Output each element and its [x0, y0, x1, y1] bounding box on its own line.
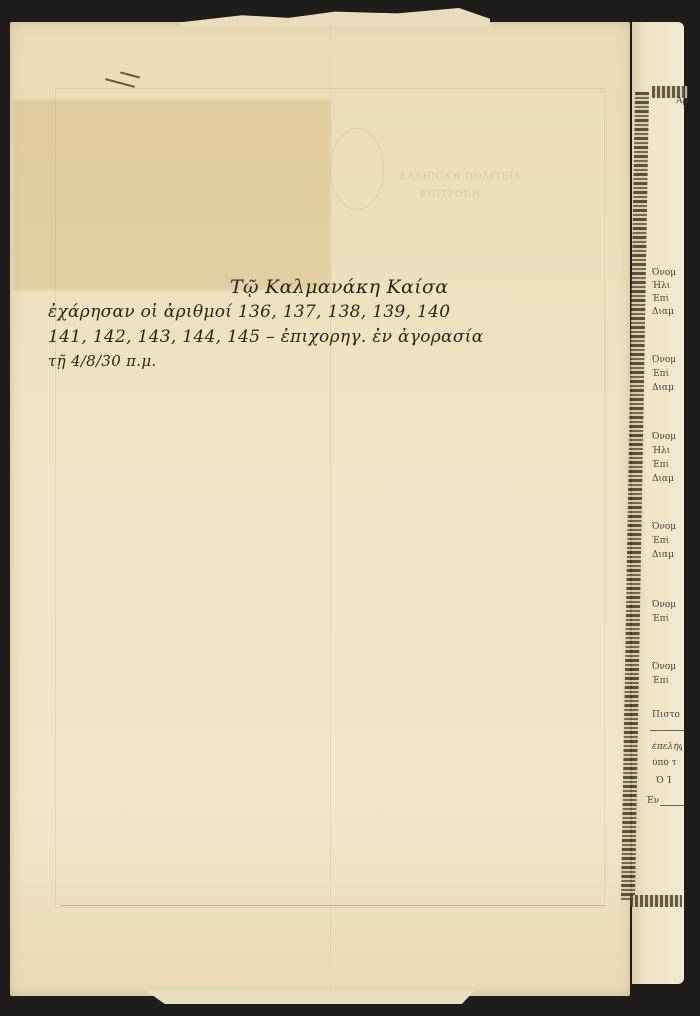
form-label: Ἠλι	[652, 446, 682, 456]
form-label: Ὀνομ	[652, 268, 682, 278]
ornamental-border-bottom	[630, 895, 682, 907]
form-label: Ὀνομ	[652, 355, 682, 365]
form-label: Ὀνομ	[652, 522, 682, 532]
form-label: Πιστο	[652, 710, 682, 720]
note-line-4: τῇ 4/8/30 π.μ.	[48, 352, 156, 370]
form-label: Ὀνομ	[652, 432, 682, 442]
faded-print-frame	[55, 88, 605, 908]
faded-rule	[60, 905, 605, 906]
form-label: Ὀνομ	[652, 600, 682, 610]
note-line-3: 141, 142, 143, 144, 145 – ἐπιχορηγ. ἐν ἀ…	[48, 327, 483, 347]
form-label: Ἐπί	[652, 460, 682, 470]
note-line-1: Τῷ Καλμανάκη Καίσα	[230, 276, 448, 298]
form-label: ὑπὸ τ	[652, 758, 682, 768]
form-label: Ἐπί	[652, 676, 682, 686]
form-label: Ὁ Ἰ	[656, 776, 686, 786]
form-label: Διαμ	[652, 550, 682, 560]
form-label: Ἠλι	[652, 281, 682, 291]
form-label: Ἐπί	[652, 536, 682, 546]
form-rule	[650, 730, 684, 731]
faded-header-line-2: ΕΠΙΤΡΟΠΗ	[420, 190, 481, 200]
form-label: Ἐπί	[652, 614, 682, 624]
form-label: Ἐπί	[652, 294, 682, 304]
form-label: Διαμ	[652, 474, 682, 484]
faded-seal	[330, 128, 384, 210]
form-rule	[660, 805, 684, 806]
bottom-page-edge	[145, 990, 475, 1004]
faded-header-line-1: ΕΛΛΗΝΙΚΗ ΠΟΛΙΤΕΙΑ	[400, 172, 521, 182]
form-label: Διαμ	[652, 383, 682, 393]
form-label: Ὀνομ	[652, 662, 682, 672]
right-top-label: Ἀρ	[676, 96, 700, 106]
torn-top-edge	[180, 8, 490, 26]
note-line-2: ἐχάρησαν οἱ ἀριθμοί 136, 137, 138, 139, …	[48, 302, 450, 322]
form-label: ἐπελήφ	[652, 742, 682, 752]
form-label: Ἐπί	[652, 369, 682, 379]
form-label: Διαμ	[652, 307, 682, 317]
